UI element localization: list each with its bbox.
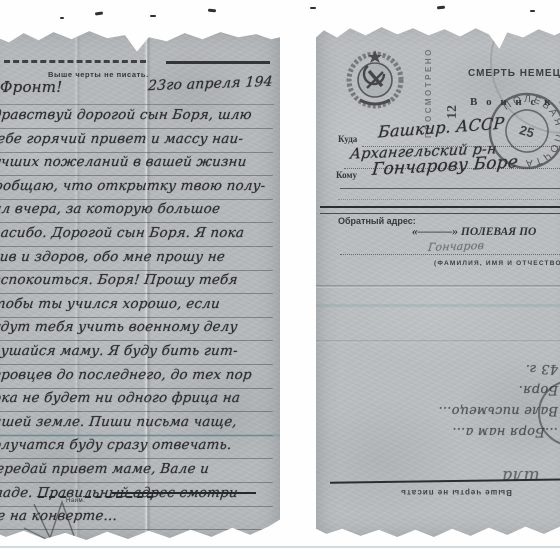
inverted-line: Вале письмецо… <box>386 400 558 421</box>
inverted-line: …Боря нам а… <box>386 421 558 442</box>
inverted-handwriting: …Боря нам а…Вале письмецо…Боря.43 г. <box>386 358 558 442</box>
svg-text:25: 25 <box>518 122 536 140</box>
name-hint-caption: (ФАМИЛИЯ, ИМЯ И ОТЧЕСТВО <box>434 260 560 267</box>
soviet-emblem-icon <box>342 44 408 114</box>
inverted-line: 43 г. <box>386 358 558 379</box>
letter-date: 23го апреля 194 <box>147 74 273 94</box>
section-divider <box>320 206 560 214</box>
address-line <box>338 199 560 200</box>
top-rule-dashed <box>4 60 146 63</box>
return-name-handwritten: Гончаров <box>427 239 485 254</box>
top-rule-solid <box>166 61 270 64</box>
tinted-rule <box>0 434 280 437</box>
inverted-line: Боря. <box>386 379 558 400</box>
tinted-rule <box>316 304 560 307</box>
ink-speck <box>208 9 216 13</box>
inverted-scrawl: шла <box>502 466 540 486</box>
scanned-letter-document: Выше черты не писать. Фронт! 23го апреля… <box>0 0 560 560</box>
field-post-line: «———» ПОЛЕВАЯ ПО <box>412 226 536 238</box>
letter-line: нашей земле. Пиши письма чаще, <box>0 412 275 436</box>
address-line <box>340 188 560 189</box>
letter-line: будут тебя учить военному делу <box>0 317 275 341</box>
letter-line: Передай привет маме, Вале и <box>0 459 275 483</box>
fold-crease <box>316 285 560 288</box>
ink-speck <box>95 11 103 15</box>
letter-line: беспокоиться. Боря! Прошу тебя <box>0 270 275 294</box>
letter-line: Здравствуй дорогой сын Боря, шлю <box>0 105 275 129</box>
letter-line: получатся буду сразу отвечать. <box>0 435 275 459</box>
slogan-text: СМЕРТЬ НЕМЕЦКИМ <box>468 68 560 79</box>
ink-speck <box>150 15 156 17</box>
letter-line: жив и здоров, обо мне прошу не <box>0 247 275 271</box>
end-rule <box>112 492 256 494</box>
letter-line: Сообщаю, что открытку твою полу- <box>0 176 275 200</box>
ink-speck <box>437 6 445 10</box>
fold-crease <box>316 340 560 343</box>
ink-speck <box>310 7 316 9</box>
scanner-edge-line <box>0 546 560 548</box>
ink-speck <box>60 17 64 19</box>
ink-speck <box>530 10 535 12</box>
letter-line: спасибо. Дорогой сын Боря. Я пока <box>0 223 275 247</box>
kuda-label: Куда <box>338 134 357 144</box>
pencil-scratches <box>22 498 132 540</box>
letter-line: слушайся маму. Я буду бить гит- <box>0 341 275 365</box>
letter-line: чил вчера, за которую большое <box>0 199 275 223</box>
komu-label: Кому <box>336 170 357 180</box>
do-not-write-above-note: Выше черты не писать. <box>48 70 149 79</box>
letter-line: лучших пожеланий в вашей жизни <box>0 152 275 176</box>
return-address-label: Обратный адрес: <box>338 216 416 226</box>
letter-body: Здравствуй дорогой сын Боря, шлютебе гор… <box>0 104 274 530</box>
letter-line: пока не будет ни одного фрица на <box>0 388 275 412</box>
envelope-page: ПРОСМОТРЕНО 12 СМЕРТЬ НЕМЕЦКИМ В о и н с… <box>316 22 560 538</box>
letter-line: леровцев до последнего, до тех пор <box>0 365 275 389</box>
letter-page: Выше черты не писать. Фронт! 23го апреля… <box>0 28 280 540</box>
letter-line: чтобы ты учился хорошо, если <box>0 294 275 318</box>
inverted-do-not-write-note: Выше черты не писать <box>400 488 512 497</box>
letter-heading: Фронт! <box>0 78 62 96</box>
return-address-line <box>340 254 560 255</box>
letter-line: тебе горячий привет и массу наи- <box>0 129 275 153</box>
